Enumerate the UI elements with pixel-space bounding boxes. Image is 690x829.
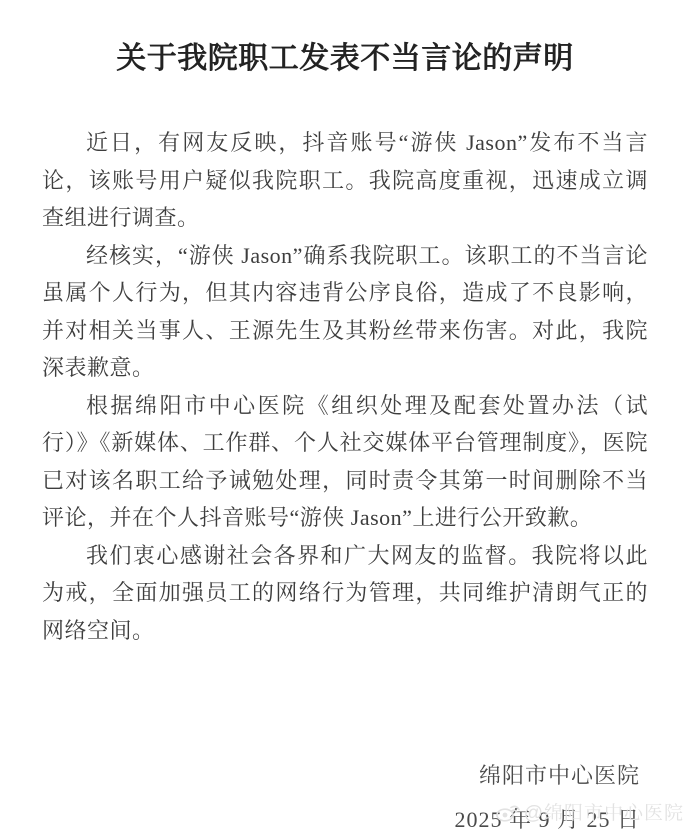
weibo-watermark: @绵阳市中心医院	[496, 798, 684, 825]
paragraph-thanks-commitment: 我们衷心感谢社会各界和广大网友的监督。我院将以此为戒，全面加强员工的网络行为管理…	[42, 537, 648, 650]
statement-document: 关于我院职工发表不当言论的声明 近日，有网友反映，抖音账号“游侠 Jason”发…	[0, 0, 690, 829]
paragraph-disciplinary-action: 根据绵阳市中心医院《组织处理及配套处置办法（试行）》《新媒体、工作群、个人社交媒…	[42, 387, 648, 537]
weibo-icon	[496, 802, 520, 822]
issuer-name: 绵阳市中心医院	[0, 761, 640, 791]
paragraph-investigation: 近日，有网友反映，抖音账号“游侠 Jason”发布不当言论，该账号用户疑似我院职…	[42, 124, 648, 237]
statement-body: 近日，有网友反映，抖音账号“游侠 Jason”发布不当言论，该账号用户疑似我院职…	[0, 124, 690, 649]
watermark-text: @绵阳市中心医院	[524, 798, 684, 825]
paragraph-verification-apology: 经核实，“游侠 Jason”确系我院职工。该职工的不当言论虽属个人行为，但其内容…	[42, 237, 648, 387]
statement-title: 关于我院职工发表不当言论的声明	[0, 0, 690, 78]
